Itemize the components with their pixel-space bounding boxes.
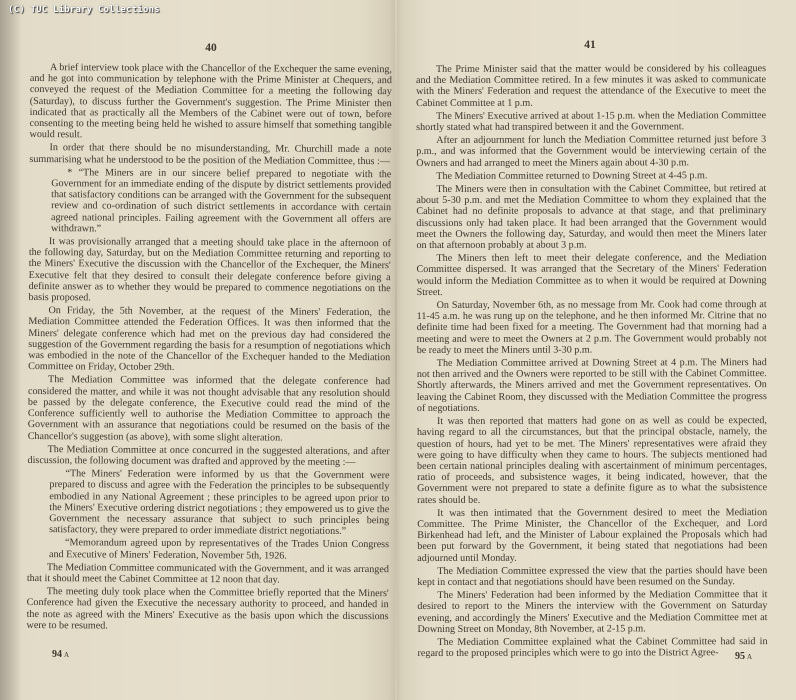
quoted-paragraph: “Memorandum agreed upon by representativ…: [49, 537, 389, 561]
paragraph: The meeting duly took place when the Com…: [27, 586, 389, 633]
right-page: 41 The Prime Minister said that the matt…: [410, 0, 770, 700]
signature-number: 94: [52, 649, 62, 660]
book-gutter: [395, 0, 397, 700]
paragraph: The Mediation Committee was informed tha…: [28, 374, 390, 443]
quoted-paragraph: * “The Miners are in our sincere belief …: [51, 167, 391, 236]
paragraph: A brief interview took place with the Ch…: [30, 62, 392, 143]
signature-number: 95: [735, 651, 745, 662]
paragraph: The Miners then left to meet their deleg…: [416, 252, 766, 298]
paragraph: After an adjournment for lunch the Media…: [416, 134, 766, 169]
paragraph: On Friday, the 5th November, at the requ…: [28, 305, 390, 374]
paragraph: In order that there should be no misunde…: [29, 142, 391, 167]
page-body: The Prime Minister said that the matter …: [416, 63, 768, 661]
signature-suffix: A: [747, 653, 752, 661]
paragraph: The Miners' Executive arrived at about 1…: [416, 110, 766, 133]
page-edge-shadow: [0, 0, 22, 700]
book-spread: (C) TUC Library Collections 40 A brief i…: [0, 0, 796, 700]
left-page: 40 A brief interview took place with the…: [30, 0, 392, 700]
paragraph: The Mediation Committee returned to Down…: [416, 170, 766, 182]
signature-mark: 95A: [735, 651, 752, 662]
paragraph: The Mediation Committee at once concurre…: [28, 444, 390, 469]
paragraph: The Mediation Committee expressed the vi…: [417, 565, 767, 588]
paragraph: The Miners' Federation had been informed…: [417, 589, 767, 635]
page-body: A brief interview took place with the Ch…: [27, 62, 392, 635]
paragraph: The Prime Minister said that the matter …: [416, 63, 766, 109]
paragraph: The Mediation Committee explained what t…: [418, 636, 768, 659]
page-number: 41: [410, 39, 770, 51]
page-number: 40: [30, 42, 392, 54]
paragraph: It was provisionally arranged that a mee…: [29, 236, 391, 305]
signature-suffix: A: [64, 651, 69, 659]
paragraph: The Miners were then in consultation wit…: [416, 183, 766, 251]
paragraph: The Mediation Committee arrived at Downi…: [417, 357, 767, 414]
paragraph: It was then reported that matters had go…: [417, 415, 767, 506]
paragraph: It was then intimated that the Governmen…: [417, 507, 767, 564]
quoted-paragraph: “The Miners' Federation were informed by…: [49, 468, 389, 537]
paragraph: On Saturday, November 6th, as no message…: [417, 299, 767, 356]
signature-mark: 94A: [52, 649, 69, 660]
paragraph: The Mediation Committee communicated wit…: [27, 562, 389, 587]
